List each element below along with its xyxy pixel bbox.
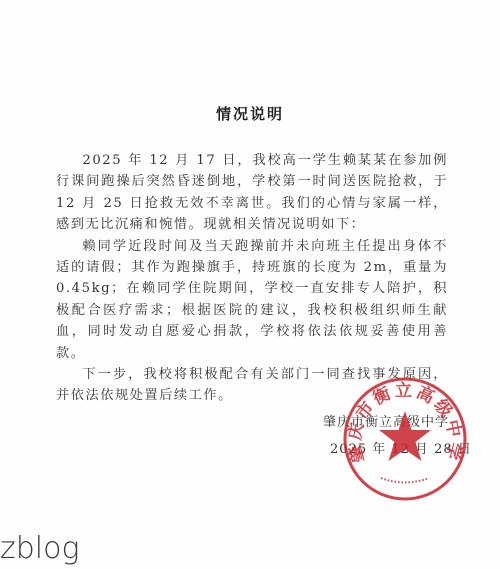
watermark-text: zblog (0, 531, 79, 566)
paragraph-incident: 2025 年 12 月 17 日，我校高一学生赖某某在参加例行课间跑操后突然昏迷… (56, 150, 448, 236)
document-title: 情况说明 (0, 103, 500, 124)
signature-organization: 肇庆市衡立高级中学 (323, 410, 449, 436)
document-body: 2025 年 12 月 17 日，我校高一学生赖某某在参加例行课间跑操后突然昏迷… (56, 150, 448, 407)
signature-date: 2025 年 12 月 28 日 (330, 437, 472, 463)
paragraph-next-steps: 下一步，我校将积极配合有关部门一同查找事发原因，并依法依规处置后续工作。 (56, 364, 448, 407)
document-page: 情况说明 2025 年 12 月 17 日，我校高一学生赖某某在参加例行课间跑操… (0, 0, 500, 569)
paragraph-details: 赖同学近段时间及当天跑操前并未向班主任提出身体不适的请假；其作为跑操旗手，持班旗… (56, 236, 448, 364)
